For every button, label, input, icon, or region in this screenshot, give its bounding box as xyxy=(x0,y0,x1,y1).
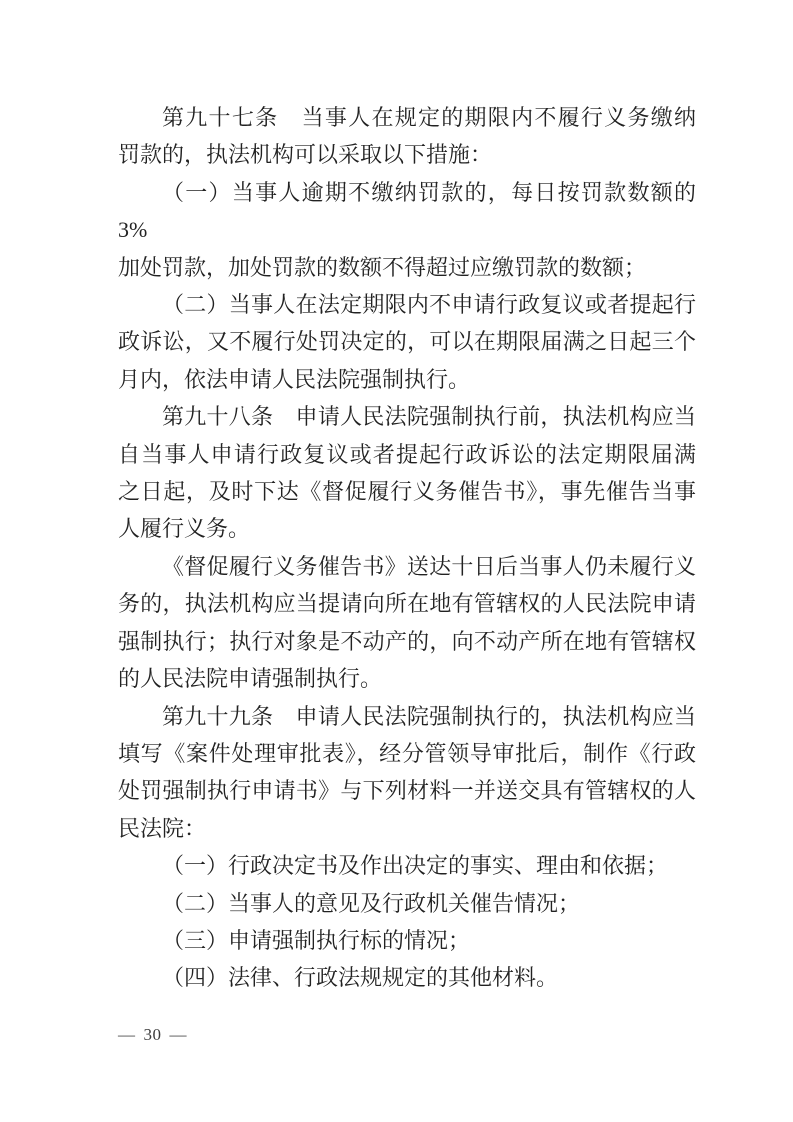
text-line: 第九十七条 当事人在规定的期限内不履行义务缴纳 xyxy=(118,99,696,136)
text-line: 第九十八条 申请人民法院强制执行前，执法机构应当 xyxy=(118,398,696,435)
page-number: 30 xyxy=(144,1025,162,1045)
text-line: 加处罚款，加处罚款的数额不得超过应缴罚款的数额； xyxy=(118,249,696,286)
para-article-99-item-1: （一）行政决定书及作出决定的事实、理由和依据； xyxy=(118,847,696,884)
document-page: 第九十七条 当事人在规定的期限内不履行义务缴纳 罚款的，执法机构可以采取以下措施… xyxy=(0,0,793,1122)
text-line: （一）行政决定书及作出决定的事实、理由和依据； xyxy=(118,847,696,884)
text-line: 务的，执法机构应当提请向所在地有管辖权的人民法院申请 xyxy=(118,585,696,622)
para-article-98: 第九十八条 申请人民法院强制执行前，执法机构应当 自当事人申请行政复议或者提起行… xyxy=(118,398,696,548)
text-line: 人履行义务。 xyxy=(118,510,696,547)
para-article-99-item-2: （二）当事人的意见及行政机关催告情况； xyxy=(118,885,696,922)
text-line: （二）当事人的意见及行政机关催告情况； xyxy=(118,885,696,922)
para-article-97: 第九十七条 当事人在规定的期限内不履行义务缴纳 罚款的，执法机构可以采取以下措施… xyxy=(118,99,696,174)
text-line: 强制执行；执行对象是不动产的，向不动产所在地有管辖权 xyxy=(118,623,696,660)
para-article-99: 第九十九条 申请人民法院强制执行的，执法机构应当 填写《案件处理审批表》，经分管… xyxy=(118,698,696,848)
page-footer: — 30 — xyxy=(118,1025,187,1045)
para-article-97-item-1: （一）当事人逾期不缴纳罚款的，每日按罚款数额的 3% 加处罚款，加处罚款的数额不… xyxy=(118,174,696,286)
para-article-97-item-2: （二）当事人在法定期限内不申请行政复议或者提起行 政诉讼，又不履行处罚决定的，可… xyxy=(118,286,696,398)
para-article-99-item-3: （三）申请强制执行标的情况； xyxy=(118,922,696,959)
para-article-99-item-4: （四）法律、行政法规规定的其他材料。 xyxy=(118,959,696,996)
text-line: （三）申请强制执行标的情况； xyxy=(118,922,696,959)
text-line: 《督促履行义务催告书》送达十日后当事人仍未履行义 xyxy=(118,548,696,585)
text-line: 之日起，及时下达《督促履行义务催告书》，事先催告当事 xyxy=(118,473,696,510)
text-line: 罚款的，执法机构可以采取以下措施： xyxy=(118,136,696,173)
text-line: 的人民法院申请强制执行。 xyxy=(118,660,696,697)
text-line: （四）法律、行政法规规定的其他材料。 xyxy=(118,959,696,996)
text-line: （二）当事人在法定期限内不申请行政复议或者提起行 xyxy=(118,286,696,323)
text-line: 第九十九条 申请人民法院强制执行的，执法机构应当 xyxy=(118,698,696,735)
text-line: 处罚强制执行申请书》与下列材料一并送交具有管辖权的人 xyxy=(118,772,696,809)
footer-dash-left: — xyxy=(118,1025,136,1045)
text-line: 填写《案件处理审批表》，经分管领导审批后，制作《行政 xyxy=(118,735,696,772)
para-article-98-notice: 《督促履行义务催告书》送达十日后当事人仍未履行义 务的，执法机构应当提请向所在地… xyxy=(118,548,696,698)
text-line: 自当事人申请行政复议或者提起行政诉讼的法定期限届满 xyxy=(118,436,696,473)
text-line: 民法院： xyxy=(118,810,696,847)
footer-dash-right: — xyxy=(170,1025,188,1045)
text-line: 月内，依法申请人民法院强制执行。 xyxy=(118,361,696,398)
text-line: 政诉讼，又不履行处罚决定的，可以在期限届满之日起三个 xyxy=(118,323,696,360)
text-line: （一）当事人逾期不缴纳罚款的，每日按罚款数额的 3% xyxy=(118,174,696,249)
document-body: 第九十七条 当事人在规定的期限内不履行义务缴纳 罚款的，执法机构可以采取以下措施… xyxy=(118,99,696,997)
